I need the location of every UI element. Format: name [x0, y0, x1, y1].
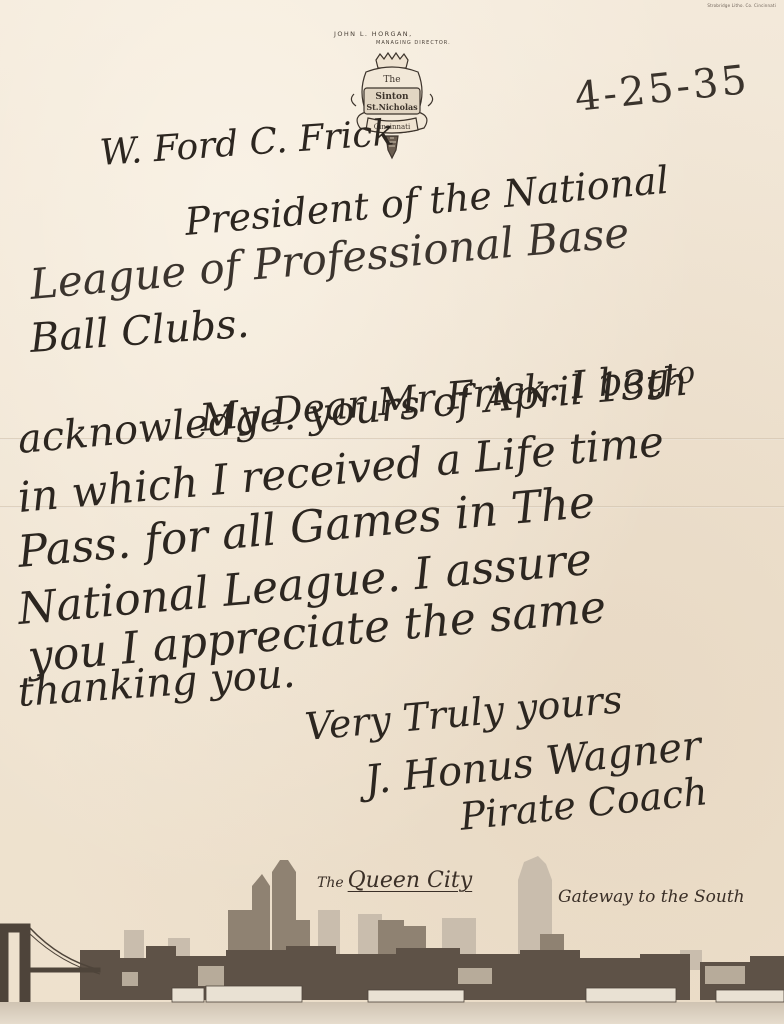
printer-mark: Strobridge Litho. Co. Cincinnati [707, 3, 776, 8]
footer-title: Queen City [348, 868, 473, 893]
footer-queen-city-title: TheQueen City [317, 868, 472, 893]
manager-title: MANAGING DIRECTOR. [376, 40, 451, 46]
crest-text-st-nicholas: St.Nicholas [366, 102, 418, 112]
crest-text-sinton: Sinton [375, 92, 409, 102]
crest-text-the: The [383, 75, 400, 85]
footer-prefix: The [317, 875, 344, 891]
footer-tagline: Gateway to the South [558, 887, 745, 907]
manager-name: JOHN L. HORGAN, [334, 30, 413, 38]
